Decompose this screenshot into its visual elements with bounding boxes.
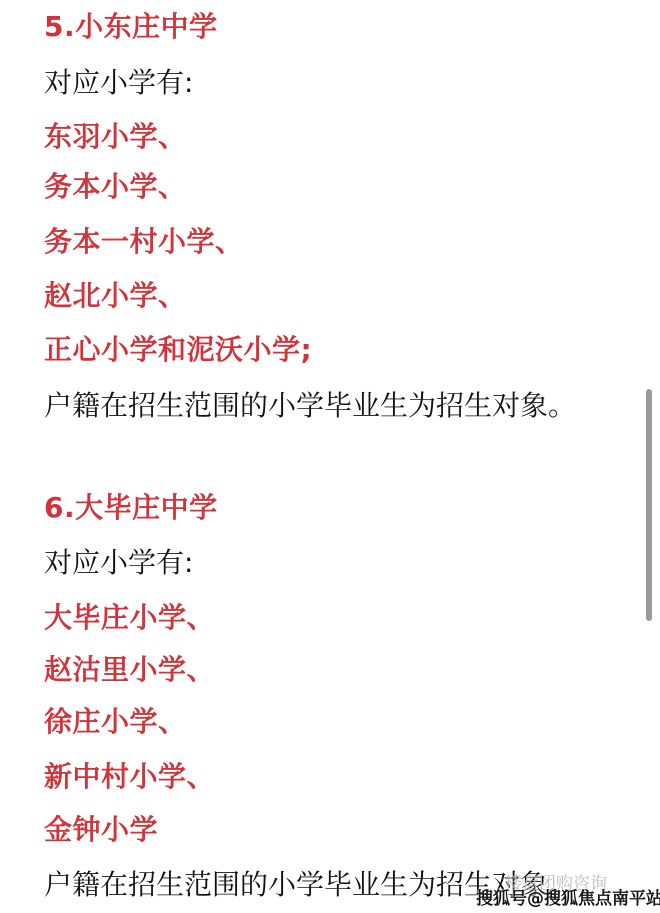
section-intro: 对应小学有: xyxy=(44,545,193,581)
school-item: 赵沽里小学、 xyxy=(44,652,215,688)
school-item: 新中村小学、 xyxy=(44,759,215,795)
school-item: 金钟小学 xyxy=(44,812,158,848)
section-note: 户籍在招生范围的小学毕业生为招生对象。 xyxy=(44,388,576,424)
section-heading: 6.大毕庄中学 xyxy=(44,490,218,526)
watermark-primary: 搜狐号@搜狐焦点南平站 xyxy=(476,884,660,909)
scrollbar-thumb[interactable] xyxy=(646,389,652,621)
school-item: 务本小学、 xyxy=(44,169,187,205)
school-item: 务本一村小学、 xyxy=(44,224,244,260)
school-item: 大毕庄小学、 xyxy=(44,600,215,636)
school-item: 正心小学和泥沃小学; xyxy=(44,332,312,368)
school-item: 赵北小学、 xyxy=(44,278,187,314)
section-intro: 对应小学有: xyxy=(44,65,193,101)
school-item: 徐庄小学、 xyxy=(44,704,187,740)
section-heading: 5.小东庄中学 xyxy=(44,9,218,45)
school-item: 东羽小学、 xyxy=(44,119,187,155)
